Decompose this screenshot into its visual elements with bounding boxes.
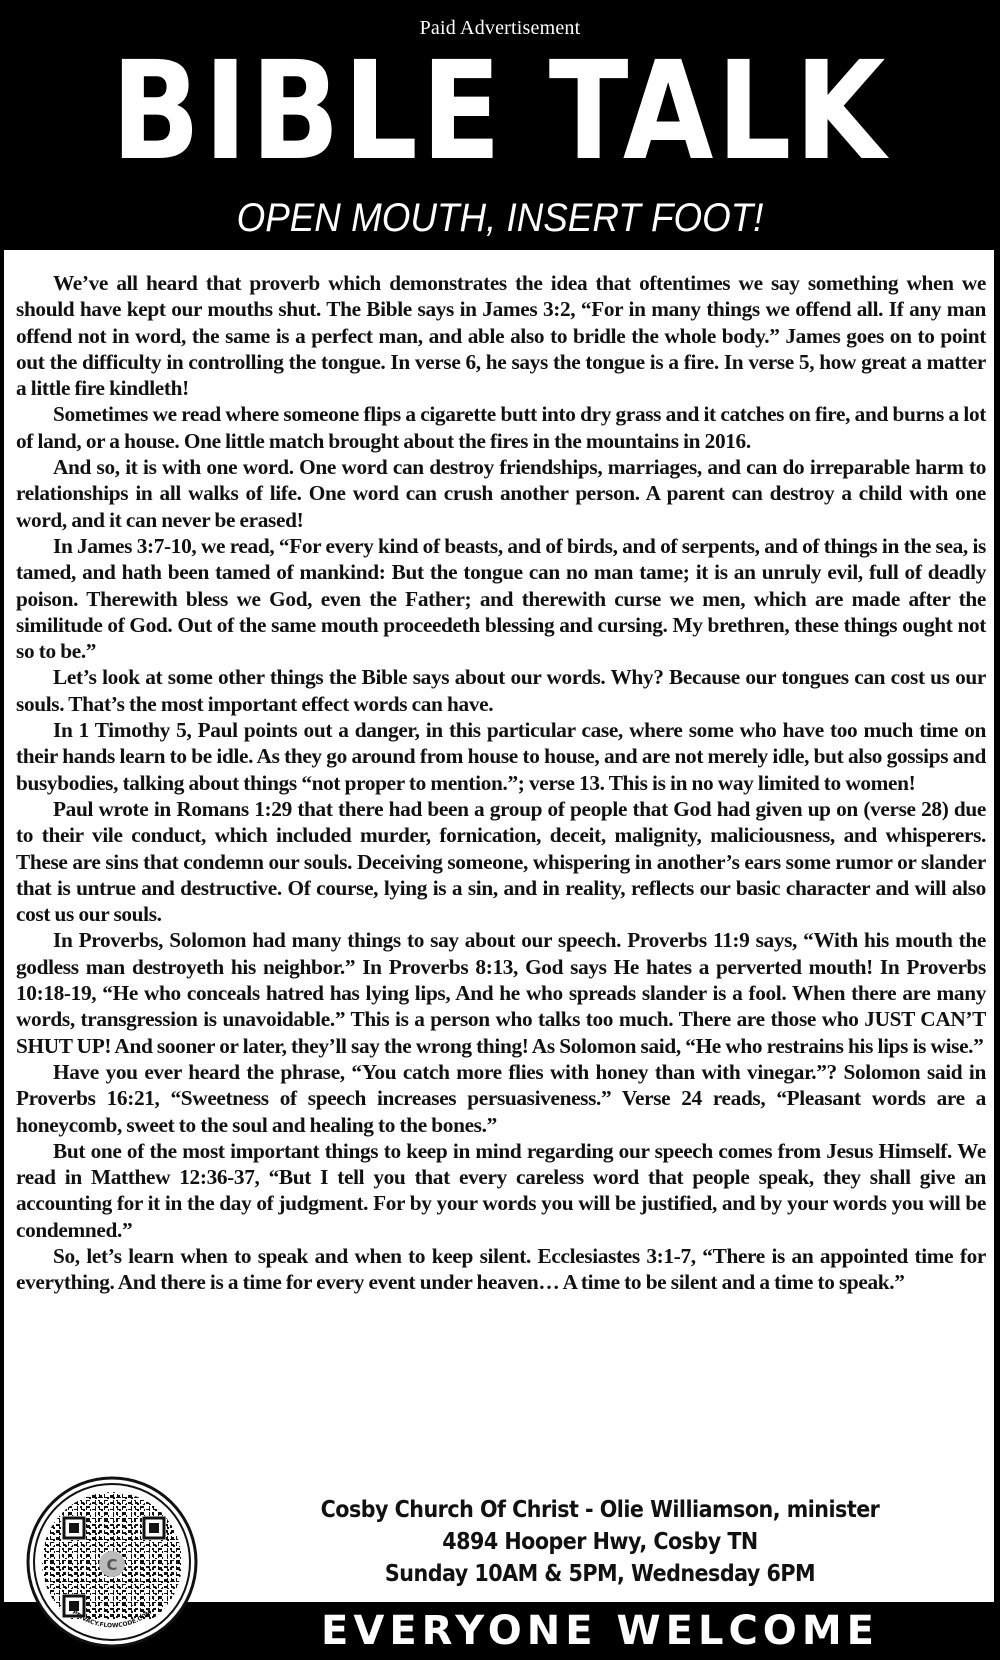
article-paragraph: But one of the most important things to … <box>16 1138 986 1243</box>
article-paragraph: In James 3:7-10, we read, “For every kin… <box>16 533 986 664</box>
service-times: Sunday 10AM & 5PM, Wednesday 6PM <box>248 1557 952 1589</box>
article-paragraph: And so, it is with one word. One word ca… <box>16 454 986 533</box>
article-paragraph: So, let’s learn when to speak and when t… <box>16 1243 986 1296</box>
article-paragraph: We’ve all heard that proverb which demon… <box>16 270 986 401</box>
church-contact: Cosby Church Of Christ - Olie Williamson… <box>200 1493 1000 1589</box>
article-panel: We’ve all heard that proverb which demon… <box>4 250 994 1602</box>
qr-code-icon[interactable]: C PRIVACY.FLOWCODE.COM <box>26 1476 198 1648</box>
church-name-minister: Cosby Church Of Christ - Olie Williamson… <box>248 1493 952 1525</box>
ad-header: Paid Advertisement BIBLE TALK OPEN MOUTH… <box>0 0 1000 250</box>
article-paragraph: Paul wrote in Romans 1:29 that there had… <box>16 796 986 927</box>
welcome-text: EVERYONE WELCOME <box>200 1606 1000 1656</box>
article-paragraph: Sometimes we read where someone flips a … <box>16 401 986 454</box>
article-paragraph: In Proverbs, Solomon had many things to … <box>16 927 986 1058</box>
article-paragraph: In 1 Timothy 5, Paul points out a danger… <box>16 717 986 796</box>
church-address: 4894 Hooper Hwy, Cosby TN <box>248 1525 952 1557</box>
article-body: We’ve all heard that proverb which demon… <box>16 270 986 1296</box>
article-paragraph: Have you ever heard the phrase, “You cat… <box>16 1059 986 1138</box>
qr-center-letter: C <box>106 1556 117 1574</box>
ad-title: BIBLE TALK <box>70 44 930 180</box>
ad-subtitle: OPEN MOUTH, INSERT FOOT! <box>40 195 960 241</box>
article-paragraph: Let’s look at some other things the Bibl… <box>16 664 986 717</box>
